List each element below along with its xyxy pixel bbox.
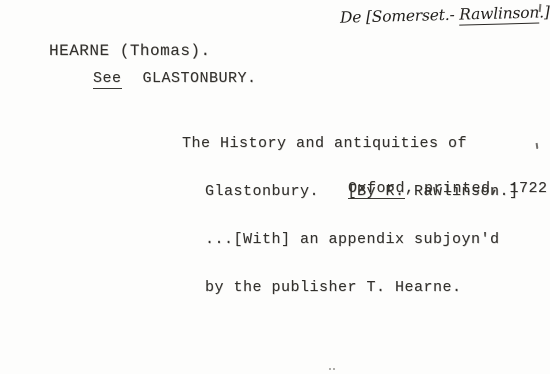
handwritten-annotation-underlined-word: Rawlinson bbox=[459, 4, 539, 26]
description-line-1: The History and antiquities of bbox=[182, 136, 519, 152]
description-line-4: by the publisher T. Hearne. bbox=[205, 280, 519, 296]
imprint-place: Oxford bbox=[348, 180, 405, 199]
description-line-3: ...[With] an appendix subjoyn'd bbox=[205, 232, 519, 248]
entry-description: The History and antiquities of Glastonbu… bbox=[182, 104, 519, 328]
catalog-card: De [Somerset.- Rawlinson.] HEARNE (Thoma… bbox=[0, 0, 550, 374]
handwritten-annotation-prefix: De [Somerset.- bbox=[340, 6, 460, 27]
handwritten-annotation: De [Somerset.- Rawlinson.] bbox=[340, 3, 550, 26]
scan-speck bbox=[329, 368, 331, 370]
author-heading: HEARNE (Thomas). bbox=[49, 43, 211, 59]
see-label: See bbox=[93, 70, 122, 89]
scan-speck bbox=[333, 368, 335, 370]
stray-ink-speck bbox=[536, 143, 539, 149]
cross-reference-line: SeeGLASTONBURY. bbox=[93, 71, 257, 87]
imprint-line: Oxford, printed, 1722. bbox=[348, 181, 550, 197]
cross-reference-target: GLASTONBURY. bbox=[143, 70, 257, 87]
imprint-rest: , printed, 1722. bbox=[405, 180, 550, 197]
